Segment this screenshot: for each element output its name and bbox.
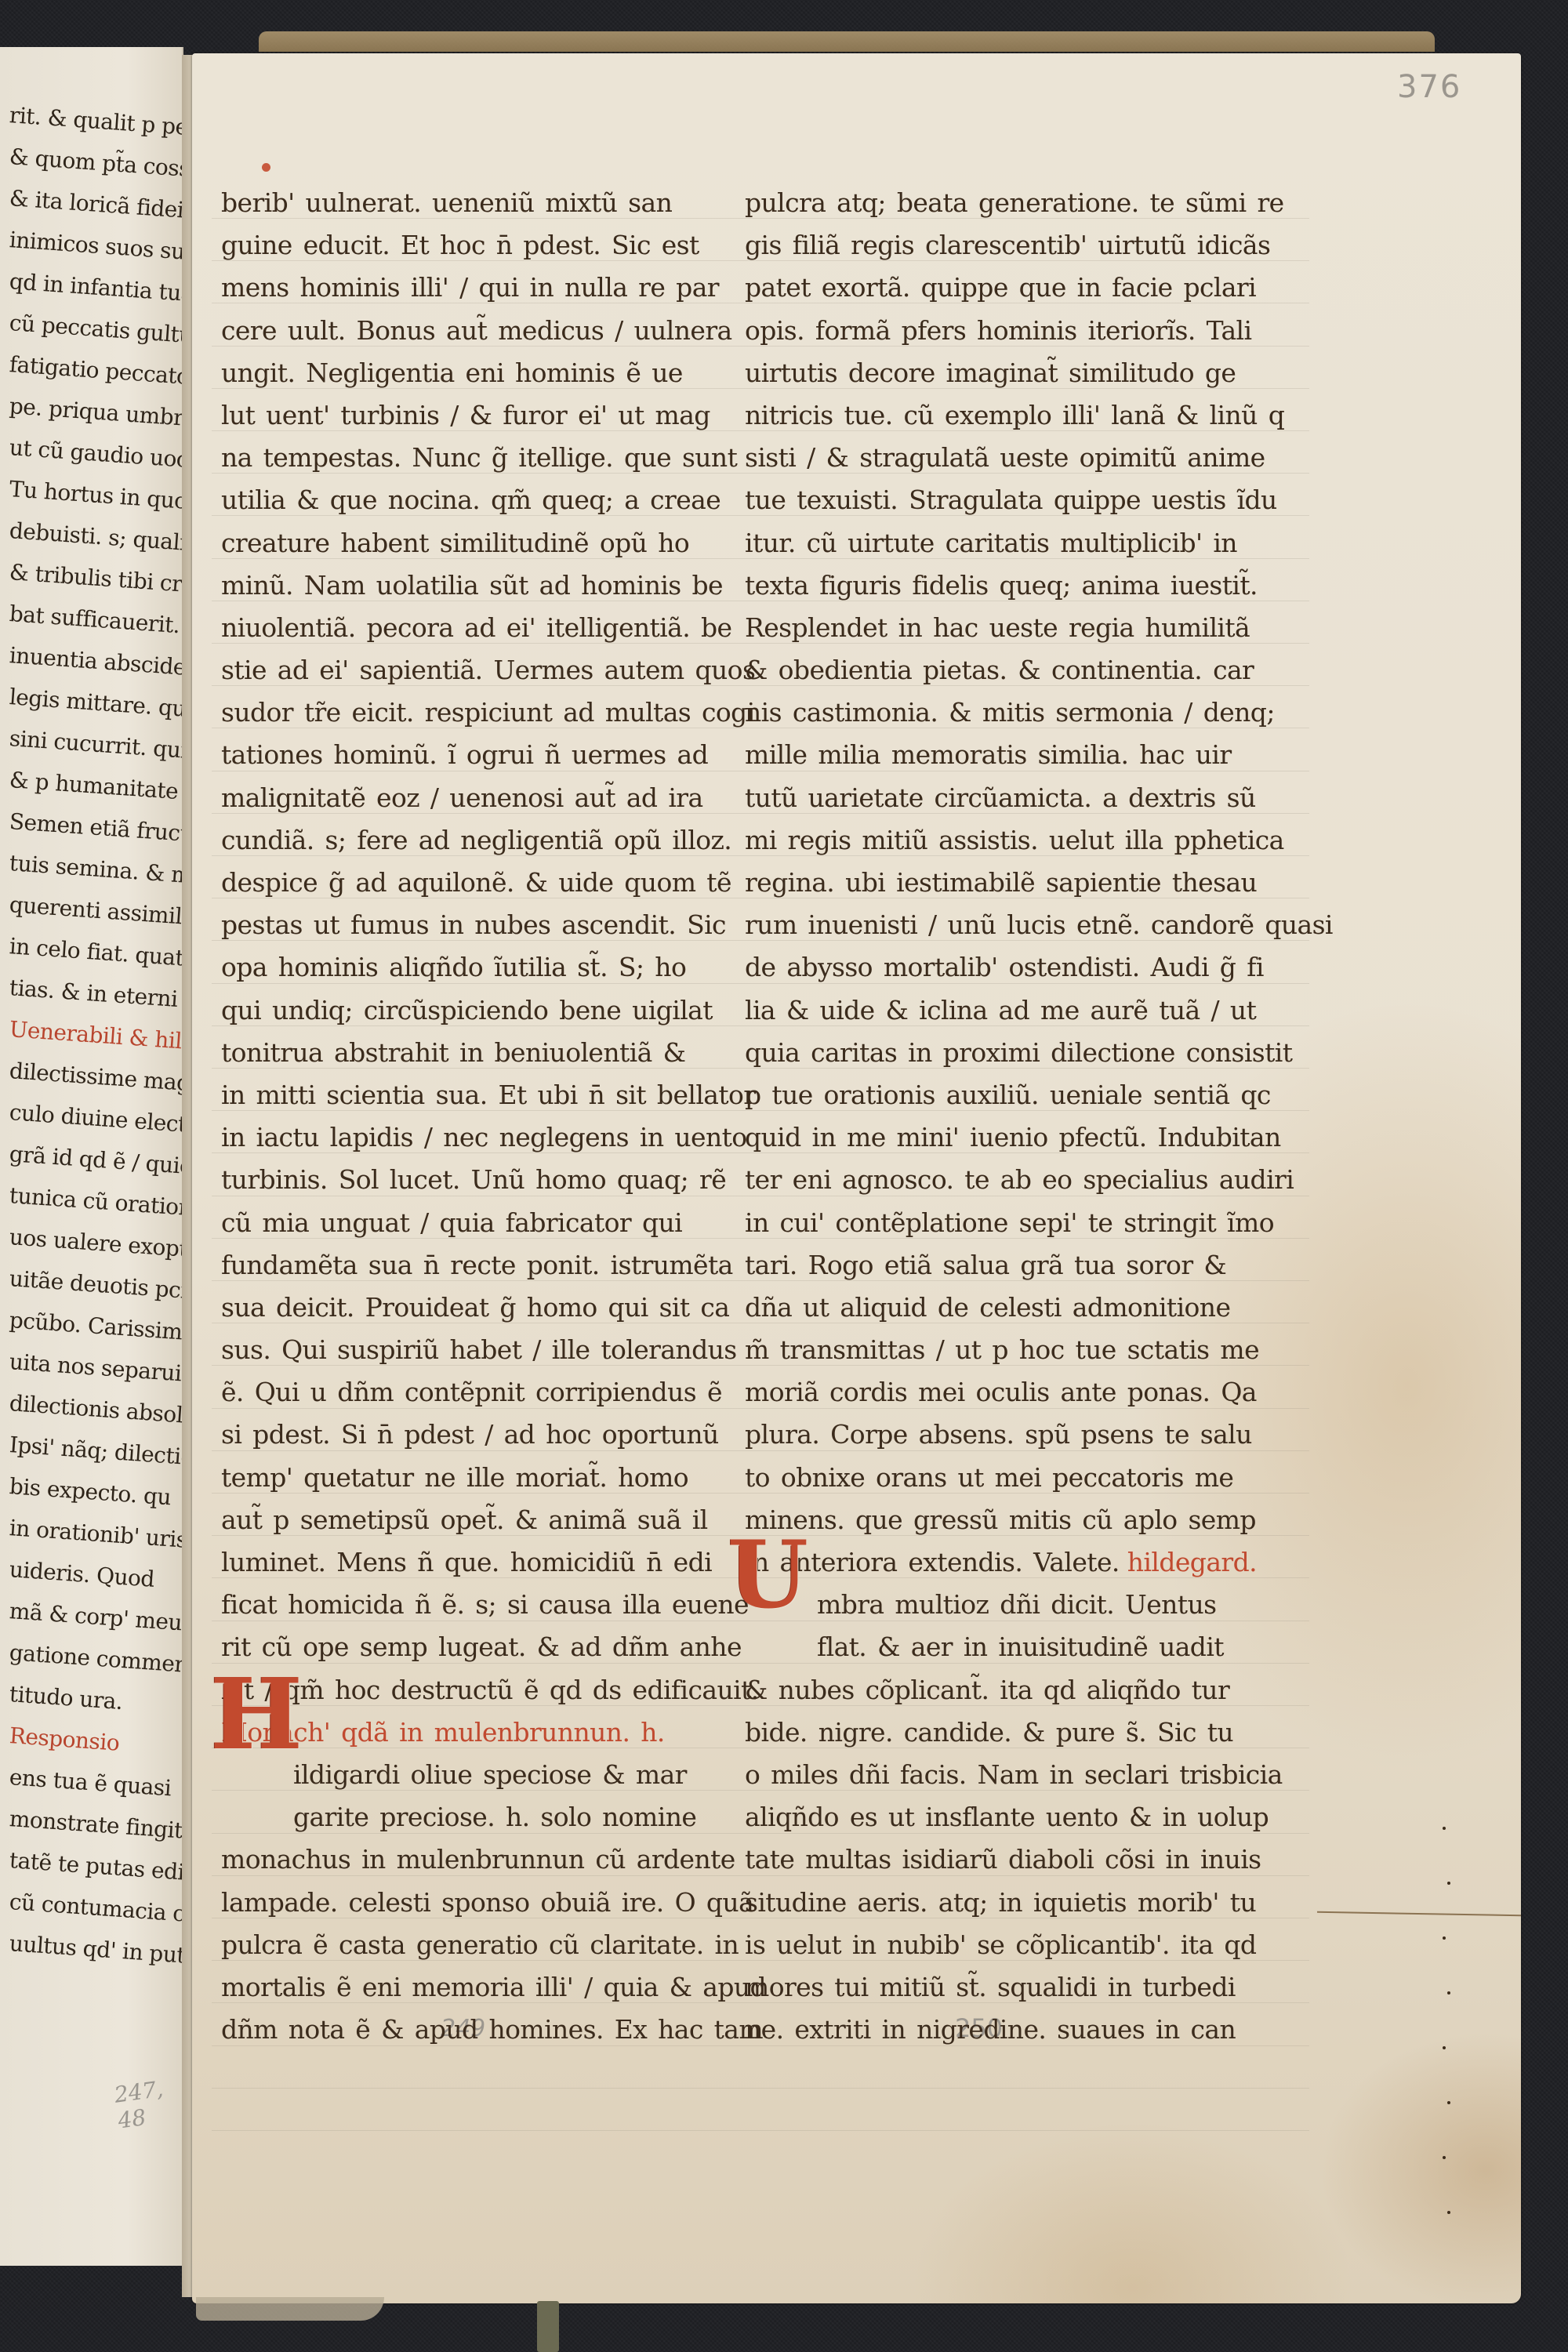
text-line: minens. que gressũ mitis cũ aplo semp — [745, 1499, 1254, 1541]
text-line: utilia & que nocina. qm̃ queq; a creae — [221, 479, 699, 521]
text-line: sudor tr̃e eicit. respiciunt ad multas c… — [221, 691, 699, 734]
text-line: berib' uulnerat. ueneniũ mixtũ san — [221, 182, 699, 224]
text-line: niuolentiã. pecora ad ei' itelligentiã. … — [221, 607, 699, 649]
pricking-hole — [1443, 2156, 1446, 2159]
text-line: & obedientia pietas. & continentia. car — [745, 649, 1254, 691]
text-line: despice g̃ ad aquilonẽ. & uide quom tẽ — [221, 862, 699, 904]
text-line: de abysso mortalib' ostendisti. Audi g̃ … — [745, 946, 1254, 989]
text-line: lut uent' turbinis / & furor ei' ut mag — [221, 394, 699, 437]
text-line: o miles dñi facis. Nam in seclari trisbi… — [745, 1754, 1254, 1796]
pricking-hole — [1443, 2046, 1446, 2049]
text-line: pestas ut fumus in nubes ascendit. Sic — [221, 904, 699, 946]
text-line: opis. formã pfers hominis iteriorĩs. Tal… — [745, 310, 1254, 352]
damaged-top-edge — [259, 31, 1435, 52]
text-line: cũ mia unguat / quia fabricator qui — [221, 1202, 699, 1244]
text-line: sisti / & stragulatã ueste opimitũ anime — [745, 437, 1254, 479]
text-line: tonitrua abstrahit in beniuolentiã & — [221, 1032, 699, 1074]
text-line: opa hominis aliqñdo ĩutilia st̃. S; ho — [221, 946, 699, 989]
text-line: mille milia memoratis similia. hac uir — [745, 734, 1254, 776]
text-line: in mitti scientia sua. Et ubi n̄ sit bel… — [221, 1074, 699, 1116]
text-line: patet exortã. quippe que in facie pclari — [745, 267, 1254, 309]
text-line: in iactu lapidis / nec neglegens in uent… — [221, 1116, 699, 1159]
text-line: turbinis. Sol lucet. Unũ homo quaq; rẽ — [221, 1159, 699, 1201]
rubric-signature: hildegard. — [1127, 1547, 1257, 1577]
text-line: temp' quetatur ne ille moriat̃. homo — [221, 1457, 699, 1499]
text-line: malignitatẽ eoz / uenenosi aut̃ ad ira — [221, 777, 699, 819]
text-line: uirtutis decore imaginat̃ similitudo ge — [745, 352, 1254, 394]
text-line: guine educit. Et hoc n̄ pdest. Sic est — [221, 224, 699, 267]
text-line: fundamẽta sua n̄ recte ponit. istrumẽta — [221, 1244, 699, 1287]
pricking-hole — [1447, 1882, 1450, 1885]
text-line: nis castimonia. & mitis sermonia / denq; — [745, 691, 1254, 734]
decorated-initial-u: U — [728, 1529, 808, 1621]
pricking-hole — [1443, 1936, 1446, 1940]
text-line: to obnixe orans ut mei peccatoris me — [745, 1457, 1254, 1499]
text-line: ficat homicida ñ ẽ. s; si causa illa eue… — [221, 1584, 699, 1626]
book-clasp — [537, 2301, 559, 2352]
ruling-line — [212, 2130, 1309, 2131]
text-line: si pdest. Si n̄ pdest / ad hoc oportunũ — [221, 1414, 699, 1456]
text-line: tutũ uarietate circũamicta. a dextris sũ — [745, 777, 1254, 819]
text-column-right: pulcra atq; beata generatione. te sũmi r… — [745, 182, 1254, 2051]
text-line: ne. extriti in nigredine. suaues in can — [745, 2009, 1254, 2051]
text-line: mi regis mitiũ assistis. uelut illa pphe… — [745, 819, 1254, 862]
text-line: plura. Corpe absens. spũ psens te salu — [745, 1414, 1254, 1456]
text-line: lampade. celesti sponso obuiã ire. O quã — [221, 1882, 699, 1924]
text-line: luminet. Mens ñ que. homicidiũ n̄ edi — [221, 1541, 699, 1584]
text-line: in cui' contẽplatione sepi' te stringit … — [745, 1202, 1254, 1244]
text-line: itur. cũ uirtute caritatis multiplicib' … — [745, 522, 1254, 564]
text-line: nitricis tue. cũ exemplo illi' lanã & li… — [745, 394, 1254, 437]
text-line: qui undiq; circũspiciendo bene uigilat — [221, 989, 699, 1032]
text-line: dñm nota ẽ & apud homines. Ex hac tam — [221, 2009, 699, 2051]
text-line: regina. ubi iestimabilẽ sapientie thesau — [745, 862, 1254, 904]
text-line: aut̃ p semetipsũ opet̃. & animã suã il — [221, 1499, 699, 1541]
text-line: texta figuris fidelis queq; anima iuesti… — [745, 564, 1254, 607]
text-line: minũ. Nam uolatilia sũt ad hominis be — [221, 564, 699, 607]
text-line: mortalis ẽ eni memoria illi' / quia & ap… — [221, 1966, 699, 2009]
text-line: mores tui mitiũ st̃. squalidi in turbedi — [745, 1966, 1254, 2009]
ruling-line — [212, 2088, 1309, 2089]
text-line: pulcra atq; beata generatione. te sũmi r… — [745, 182, 1254, 224]
text-line: aliqñdo es ut insflante uento & in uolup — [745, 1796, 1254, 1838]
text-line: garite preciose. h. solo nomine — [221, 1796, 699, 1838]
text-line: moriã cordis mei oculis ante ponas. Qa — [745, 1371, 1254, 1414]
text-line: tationes hominũ. ĩ ogrui ñ uermes ad — [221, 734, 699, 776]
decorated-initial-h: H — [210, 1666, 303, 1764]
text-line: in anteriora extendis. Valete.hildegard. — [745, 1541, 1254, 1584]
text-line: tue texuisti. Stragulata quippe uestis ĩ… — [745, 479, 1254, 521]
text-line: gis filiã regis clarescentib' uirtutũ id… — [745, 224, 1254, 267]
text-line: mbra multioz dñi dicit. Uentus — [745, 1584, 1254, 1626]
text-line: sus. Qui suspiriũ habet / ille tolerandu… — [221, 1329, 699, 1371]
text-line: dña ut aliquid de celesti admonitione — [745, 1287, 1254, 1329]
text-line: stie ad ei' sapientiã. Uermes autem quos — [221, 649, 699, 691]
text-line: m̃ transmittas / ut p hoc tue sctatis me — [745, 1329, 1254, 1371]
damaged-bottom-edge — [196, 2297, 384, 2321]
text-line: cere uult. Bonus aut̃ medicus / uulnera — [221, 310, 699, 352]
text-line: bide. nigre. candide. & pure s̃. Sic tu — [745, 1711, 1254, 1754]
text-line: na tempestas. Nunc g̃ itellige. que sunt — [221, 437, 699, 479]
text-line: rum inuenisti / unũ lucis etnẽ. candorẽ … — [745, 904, 1254, 946]
left-page-pencil-mark: 247, 48 — [113, 2073, 183, 2133]
folio-number: 376 — [1397, 69, 1461, 105]
text-line: ẽ. Qui u dñm contẽpnit corripiendus ẽ — [221, 1371, 699, 1414]
text-line: pulcra ẽ casta generatio cũ claritate. i… — [221, 1924, 699, 1966]
red-rubric-dot — [262, 163, 270, 172]
text-line: is uelut in nubib' se cõplicantib'. ita … — [745, 1924, 1254, 1966]
pricking-hole — [1447, 1991, 1450, 1994]
text-line: monachus in mulenbrunnun cũ ardente — [221, 1838, 699, 1881]
text-line: Resplendet in hac ueste regia humilitã — [745, 607, 1254, 649]
text-line: quia caritas in proximi dilectione consi… — [745, 1032, 1254, 1074]
text-line: tari. Rogo etiã salua grã tua soror & — [745, 1244, 1254, 1287]
text-line: tate multas isidiarũ diaboli cõsi in inu… — [745, 1838, 1254, 1881]
text-line: quid in me mini' iuenio pfectũ. Indubita… — [745, 1116, 1254, 1159]
text-line: & nubes cõplicant̃. ita qd aliqñdo tur — [745, 1669, 1254, 1711]
text-line: sua deicit. Prouideat g̃ homo qui sit ca — [221, 1287, 699, 1329]
left-facing-page: rit. & qualit p penitentiam& quom pt̃a c… — [0, 47, 183, 2266]
text-line: p tue orationis auxiliũ. ueniale sentiã … — [745, 1074, 1254, 1116]
text-line: cundiã. s; fere ad negligentiã opũ illoz… — [221, 819, 699, 862]
pricking-hole — [1447, 2101, 1450, 2104]
pricking-hole — [1447, 2211, 1450, 2214]
text-line: lia & uide & iclina ad me aurẽ tuã / ut — [745, 989, 1254, 1032]
pricking-hole — [1443, 1827, 1446, 1830]
left-page-text: rit. & qualit p penitentiam& quom pt̃a c… — [9, 94, 182, 1964]
text-line: ungit. Negligentia eni hominis ẽ ue — [221, 352, 699, 394]
text-line: situdine aeris. atq; in iquietis morib' … — [745, 1882, 1254, 1924]
text-line: ter eni agnosco. te ab eo specialius aud… — [745, 1159, 1254, 1201]
text-line: creature habent similitudinẽ opũ ho — [221, 522, 699, 564]
text-line: mens hominis illi' / qui in nulla re par — [221, 267, 699, 309]
text-line: flat. & aer in inuisitudinẽ uadit — [745, 1626, 1254, 1668]
